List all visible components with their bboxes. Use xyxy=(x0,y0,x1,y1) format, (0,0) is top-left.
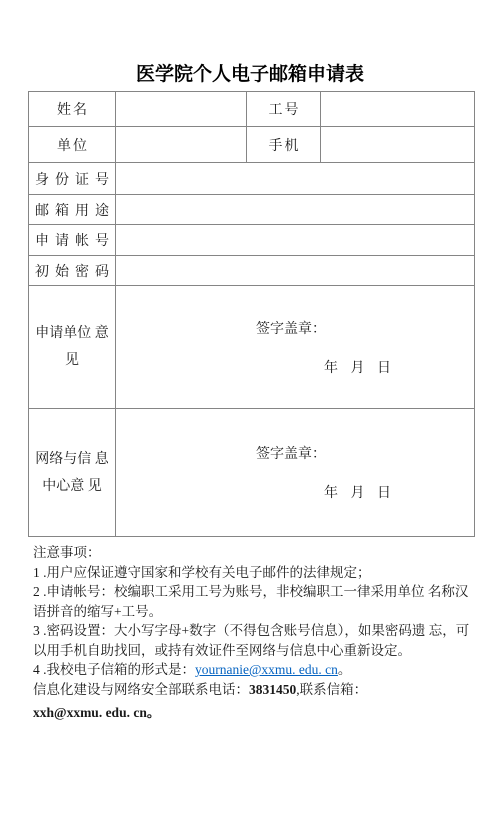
notes-heading: 注意事项： xyxy=(33,543,473,563)
employee-id-value-cell[interactable] xyxy=(321,92,475,127)
requested-account-label: 申请帐号 xyxy=(29,225,116,256)
note-item-3: 3 .密码设置：大小写字母+数字（不得包含账号信息），如果密码遗 忘，可 以用手… xyxy=(33,621,473,660)
name-value-cell[interactable] xyxy=(116,92,247,127)
table-row: 身份证号 xyxy=(29,163,475,195)
contact-line: 信息化建设与网络安全部联系电话：3831450,联系信箱： xyxy=(33,680,473,700)
center-opinion-cell[interactable]: 签字盖章： 年 月 日 xyxy=(116,409,475,537)
document-page: 医学院个人电子邮箱申请表 姓名 工号 单位 手机 身份证号 邮箱用途 申请帐号 xyxy=(0,0,500,824)
name-label: 姓名 xyxy=(29,92,116,127)
unit-opinion-label: 申请单位 意 见 xyxy=(29,286,116,409)
initial-password-value-cell[interactable] xyxy=(116,256,475,286)
id-number-label: 身份证号 xyxy=(29,163,116,195)
table-row: 单位 手机 xyxy=(29,127,475,163)
center-opinion-label: 网络与信 息 中心意 见 xyxy=(29,409,116,537)
unit-opinion-cell[interactable]: 签字盖章： 年 月 日 xyxy=(116,286,475,409)
note-item-4-suffix: 。 xyxy=(338,662,352,677)
notes-section: 注意事项： 1 .用户应保证遵守国家和学校有关电子邮件的法律规定； 2 .申请帐… xyxy=(33,543,473,723)
contact-email: xxh@xxmu. edu. cn。 xyxy=(33,703,473,723)
initial-password-label: 初始密码 xyxy=(29,256,116,286)
table-row: 网络与信 息 中心意 见 签字盖章： 年 月 日 xyxy=(29,409,475,537)
table-row: 申请帐号 xyxy=(29,225,475,256)
note-item-4: 4 .我校电子信箱的形式是：yournanie@xxmu. edu. cn。 xyxy=(33,660,473,680)
email-purpose-label: 邮箱用途 xyxy=(29,195,116,225)
application-form-table: 姓名 工号 单位 手机 身份证号 邮箱用途 申请帐号 初始密码 申请单位 xyxy=(28,91,475,537)
id-number-value-cell[interactable] xyxy=(116,163,475,195)
page-title: 医学院个人电子邮箱申请表 xyxy=(0,62,500,87)
contact-phone: 3831450 xyxy=(249,682,296,697)
mobile-label: 手机 xyxy=(247,127,321,163)
unit-date-placeholder: 年 月 日 xyxy=(324,357,474,377)
email-purpose-value-cell[interactable] xyxy=(116,195,475,225)
table-row: 初始密码 xyxy=(29,256,475,286)
note-item-4-prefix: 4 .我校电子信箱的形式是： xyxy=(33,662,195,677)
example-email-link[interactable]: yournanie@xxmu. edu. cn xyxy=(195,662,338,677)
unit-sign-stamp-label: 签字盖章： xyxy=(256,318,474,338)
contact-prefix: 信息化建设与网络安全部联系电话： xyxy=(33,682,249,697)
table-row: 姓名 工号 xyxy=(29,92,475,127)
requested-account-value-cell[interactable] xyxy=(116,225,475,256)
table-row: 邮箱用途 xyxy=(29,195,475,225)
unit-value-cell[interactable] xyxy=(116,127,247,163)
note-item-2: 2 .申请帐号：校编职工采用工号为账号，非校编职工一律采用单位 名称汉 语拼音的… xyxy=(33,582,473,621)
table-row: 申请单位 意 见 签字盖章： 年 月 日 xyxy=(29,286,475,409)
center-date-placeholder: 年 月 日 xyxy=(324,482,474,502)
unit-label: 单位 xyxy=(29,127,116,163)
note-item-1: 1 .用户应保证遵守国家和学校有关电子邮件的法律规定； xyxy=(33,563,473,583)
center-sign-stamp-label: 签字盖章： xyxy=(256,443,474,463)
employee-id-label: 工号 xyxy=(247,92,321,127)
mobile-value-cell[interactable] xyxy=(321,127,475,163)
contact-middle: ,联系信箱： xyxy=(296,682,367,697)
